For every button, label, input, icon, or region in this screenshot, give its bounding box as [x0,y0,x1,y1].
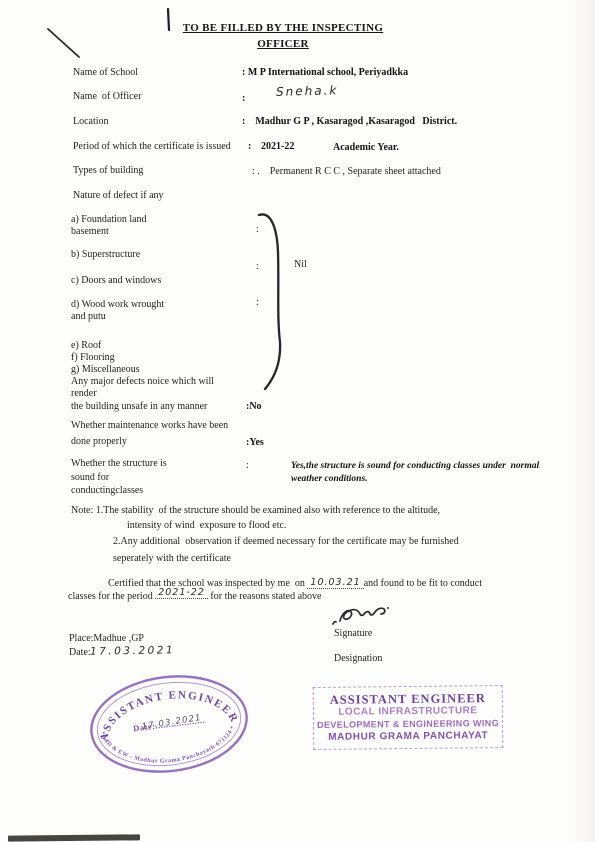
form-title-line1: TO BE FILLED BY THE INSPECTING [0,22,566,34]
signature-label: Signature [334,628,372,640]
structure-colon: : [246,460,249,472]
note-line2: intensity of wind exposure to flood etc. [127,520,286,532]
field-label-period: Period of which the certificate is issue… [73,141,231,153]
place-line: Place:Madhue ,GP [69,633,144,645]
scan-edge-artifact [8,834,140,841]
defect-item-g: g) Miscellaneous [71,364,140,376]
defect-answer-nil: Nil [294,259,307,271]
form-title-line2: OFFICER [0,38,566,50]
field-label-school: Name of School [73,67,138,79]
field-colon-period: : [248,141,251,153]
defect-item-a1: a) Foundation land [71,214,147,226]
defect-item-b: b) Superstructure [71,249,140,261]
defect-item-e: e) Roof [71,340,101,352]
field-value-building: : . Permanent R C C , Separate sheet att… [252,166,441,178]
major-defects-line3: the building unsafe in any manner [71,401,207,413]
date-label: Date: [69,647,91,659]
field-colon-officer: : [242,93,245,105]
maintenance-answer: :Yes [246,437,264,449]
oval-office-stamp: ASSISTANT ENGINEER * LID & EW - Madhur G… [78,662,259,786]
defect-colon-a: : [256,224,259,236]
note-line4: seperately with the certificate [113,553,231,565]
handwritten-signature [331,602,393,630]
field-label-building: Types of building [73,165,143,177]
major-defects-line2: render [71,388,97,400]
major-defects-answer: :No [246,401,262,413]
field-label-officer: Name of Officer [73,91,141,103]
major-defects-line1: Any major defects noice which will [71,376,214,388]
defect-item-d2: and putu [71,311,106,323]
defect-item-c: c) Doors and windows [71,275,161,287]
handwritten-brace [259,214,280,389]
structure-line2: sound for [71,472,109,484]
structure-answer-line2: weather conditions. [291,473,368,485]
designation-label: Designation [334,653,382,665]
certified-text-2: and found to be fit to conduct [364,578,482,589]
certified-text-4: for the reasons stated above [208,591,322,602]
structure-answer-line1: Yes,the structure is sound for conductin… [291,460,539,472]
maintenance-line1: Whether maintenance works have been [71,420,228,432]
defect-section-heading: Nature of defect if any [73,190,164,202]
certified-paragraph-line2: classes for the period 2021-22 for the r… [68,591,321,603]
handwritten-period-value: 2021-22 [155,587,208,599]
oval-stamp-handwritten-date: 17.03.2021 [141,713,202,732]
defect-item-f: f) Flooring [71,352,115,364]
rect-stamp-line4: MADHUR GRAMA PANCHAYAT [328,729,488,744]
defect-colon-bc: : [256,261,259,273]
defect-item-a2: basement [71,226,109,238]
certified-text-3: classes for the period [68,591,155,602]
maintenance-line2: done properly [71,436,127,448]
field-value-period: 2021-22 [261,141,294,153]
field-value-academic-year: Academic Year. [333,142,399,154]
field-value-location: : Madhur G P , Kasaragod ,Kasaragod Dist… [242,116,457,128]
scanned-certificate-page: TO BE FILLED BY THE INSPECTING OFFICER N… [0,0,595,842]
handwritten-officer-name: Sneha.k [276,84,339,98]
field-value-school: : M P International school, Periyadkka [242,67,408,79]
defect-item-d1: d) Wood work wrought [71,299,164,311]
handwritten-inspection-date: 10.03.21 [307,577,363,589]
field-label-location: Location [73,116,109,128]
handwritten-date-value: 17.03.2021 [90,644,175,657]
structure-line3: conductingclasses [71,485,143,497]
defect-colon-d: : [256,297,259,309]
structure-line1: Whether the structure is [71,458,167,470]
rectangular-office-stamp: ASSISTANT ENGINEER LOCAL INFRASTRUCTURE … [313,685,504,750]
note-line1: Note: 1.The stability of the structure s… [71,505,440,517]
note-line3: 2.Any additional observation if deemed n… [113,536,459,548]
